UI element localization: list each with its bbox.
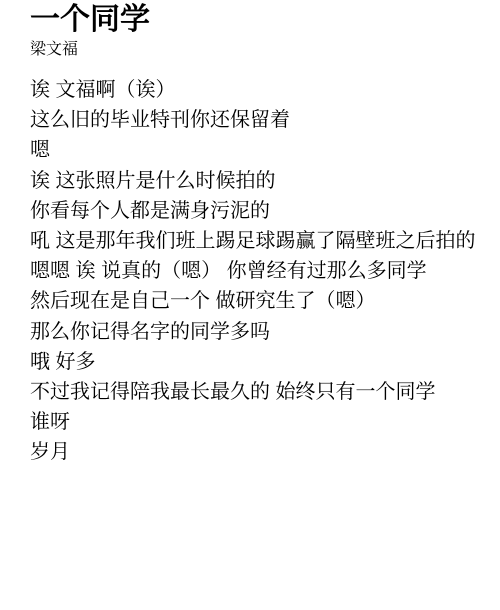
lyric-line: 这么旧的毕业特刊你还保留着 xyxy=(30,105,490,135)
lyric-line: 然后现在是自己一个 做研究生了（嗯） xyxy=(30,286,490,316)
lyrics-document: 一个同学 梁文福 诶 文福啊（诶） 这么旧的毕业特刊你还保留着 嗯 诶 这张照片… xyxy=(0,0,500,468)
lyric-line: 诶 文福啊（诶） xyxy=(30,75,490,105)
lyric-line: 嗯 xyxy=(30,135,490,165)
lyric-line: 诶 这张照片是什么时候拍的 xyxy=(30,166,490,196)
lyric-line: 你看每个人都是满身污泥的 xyxy=(30,196,490,226)
lyric-line: 嗯嗯 诶 说真的（嗯） 你曾经有过那么多同学 xyxy=(30,256,490,286)
lyric-line: 谁呀 xyxy=(30,407,490,437)
lyric-line: 不过我记得陪我最长最久的 始终只有一个同学 xyxy=(30,377,490,407)
lyric-line: 吼 这是那年我们班上踢足球踢赢了隔壁班之后拍的 xyxy=(30,226,490,256)
lyric-line: 岁月 xyxy=(30,437,490,467)
author-name: 梁文福 xyxy=(30,40,490,59)
lyrics-body: 诶 文福啊（诶） 这么旧的毕业特刊你还保留着 嗯 诶 这张照片是什么时候拍的 你… xyxy=(30,75,490,468)
lyric-line: 那么你记得名字的同学多吗 xyxy=(30,317,490,347)
page-title: 一个同学 xyxy=(30,2,490,38)
lyric-line: 哦 好多 xyxy=(30,347,490,377)
